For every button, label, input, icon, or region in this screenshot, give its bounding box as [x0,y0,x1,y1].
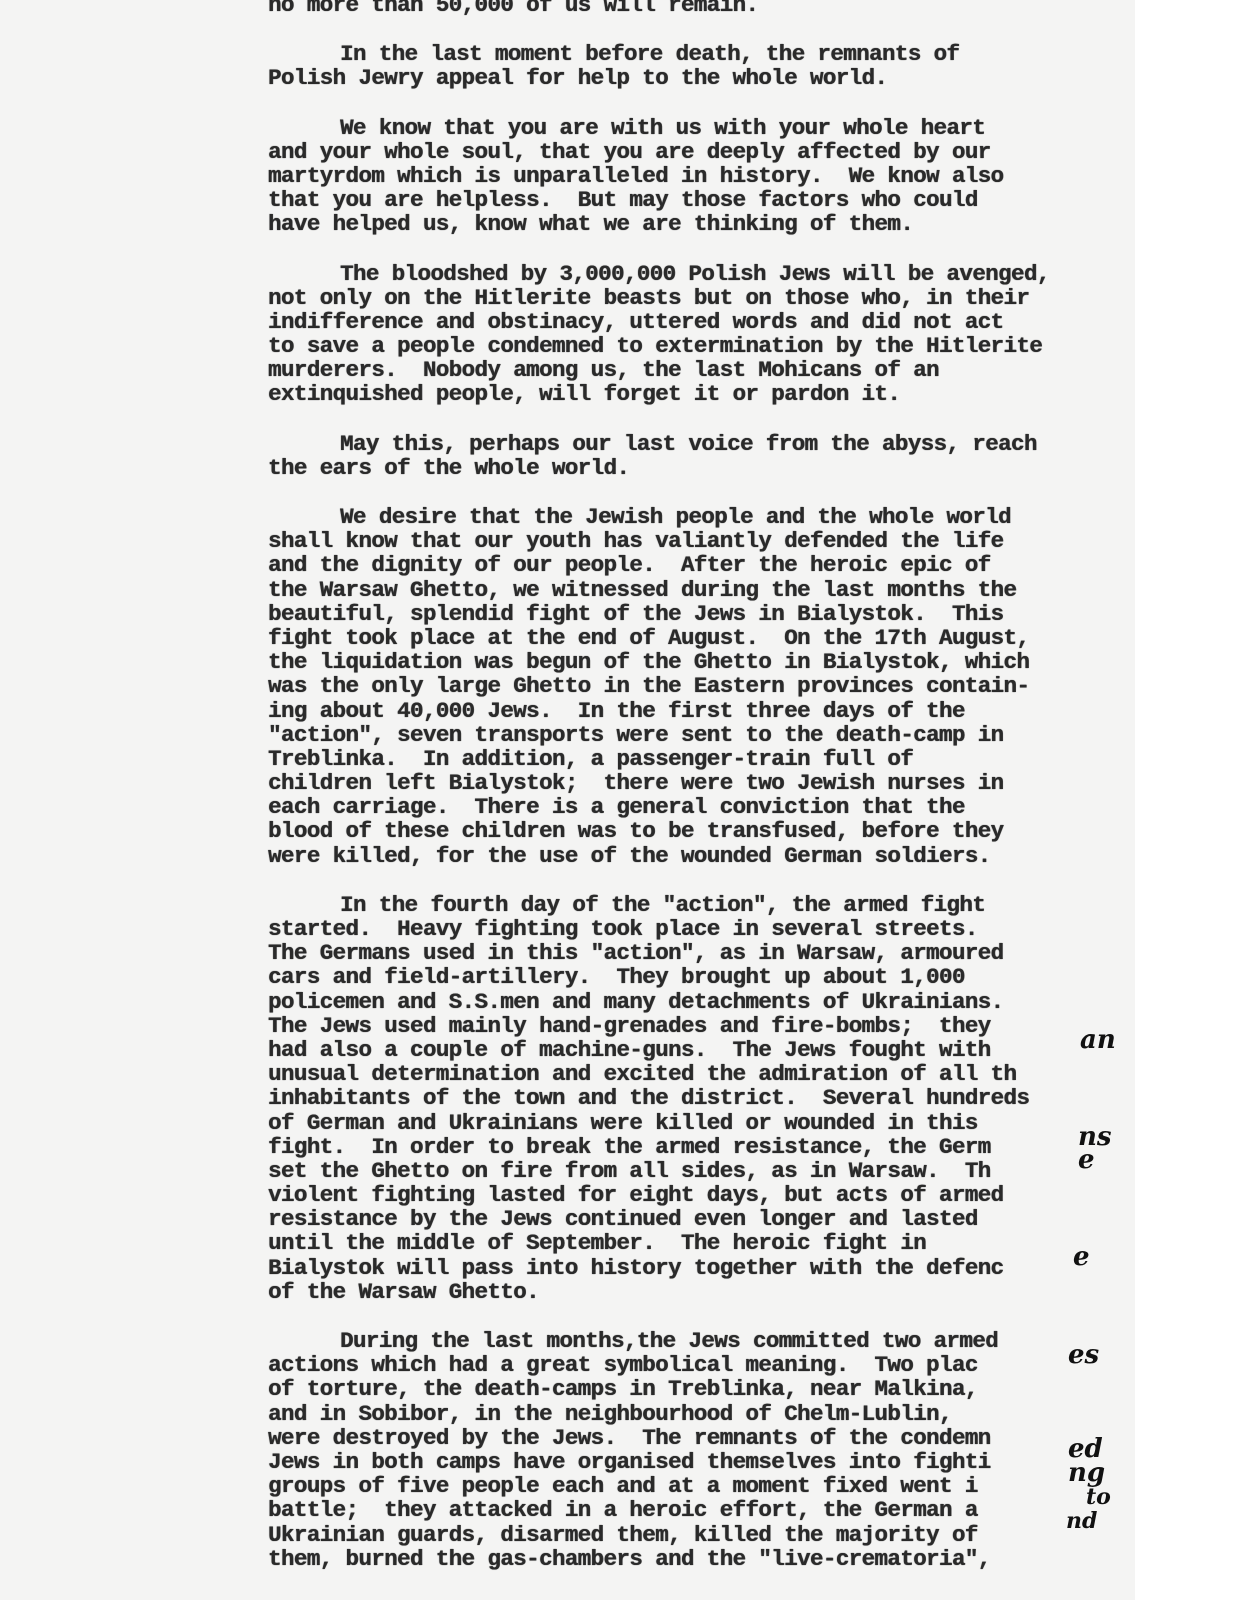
text-line: were killed, for the use of the wounded … [268,844,1128,868]
text-line: have helped us, know what we are thinkin… [268,212,1128,236]
text-line: May this, perhaps our last voice from th… [268,432,1128,456]
text-line: We desire that the Jewish people and the… [268,505,1128,529]
text-line: to save a people condemned to exterminat… [268,334,1128,358]
text-line: set the Ghetto on fire from all sides, a… [268,1159,1128,1183]
paragraph: In the fourth day of the "action", the a… [268,893,1128,1304]
paragraph: We desire that the Jewish people and the… [268,505,1128,868]
text-line: Treblinka. In addition, a passenger-trai… [268,747,1128,771]
text-line: the Warsaw Ghetto, we witnessed during t… [268,578,1128,602]
text-line: groups of five people each and at a mome… [268,1474,1128,1498]
text-line: Ukrainian guards, disarmed them, killed … [268,1523,1128,1547]
text-line: of the Warsaw Ghetto. [268,1280,1128,1304]
text-line: Bialystok will pass into history togethe… [268,1256,1128,1280]
text-line: and your whole soul, that you are deeply… [268,140,1128,164]
text-line: murderers. Nobody among us, the last Moh… [268,358,1128,382]
text-line: The bloodshed by 3,000,000 Polish Jews w… [268,262,1128,286]
text-line: and the dignity of our people. After the… [268,553,1128,577]
paragraph: The bloodshed by 3,000,000 Polish Jews w… [268,262,1128,407]
handwritten-annotation: to [1086,1484,1111,1510]
text-line: the liquidation was begun of the Ghetto … [268,650,1128,674]
handwritten-annotation: ng [1068,1460,1105,1486]
text-line: Jews in both camps have organised themse… [268,1450,1128,1474]
text-line: extinquished people, will forget it or p… [268,382,1128,406]
paragraph: May this, perhaps our last voice from th… [268,432,1128,480]
text-line: of German and Ukrainians were killed or … [268,1111,1128,1135]
handwritten-annotation: e [1073,1244,1090,1270]
paragraph: no more than 50,000 of us will remain. [268,0,1128,17]
text-line: were destroyed by the Jews. The remnants… [268,1426,1128,1450]
handwritten-annotation: es [1068,1342,1099,1368]
typewritten-text-body: no more than 50,000 of us will remain. I… [268,0,1128,1571]
text-line: not only on the Hitlerite beasts but on … [268,286,1128,310]
text-line: the ears of the whole world. [268,456,1128,480]
text-line: We know that you are with us with your w… [268,116,1128,140]
text-line: was the only large Ghetto in the Eastern… [268,674,1128,698]
handwritten-annotation: e [1078,1147,1095,1173]
paragraph: In the last moment before death, the rem… [268,42,1128,90]
paragraph: During the last months,the Jews committe… [268,1329,1128,1571]
text-line: inhabitants of the town and the district… [268,1086,1128,1110]
text-line: During the last months,the Jews committe… [268,1329,1128,1353]
text-line: violent fighting lasted for eight days, … [268,1183,1128,1207]
text-line: of torture, the death-camps in Treblinka… [268,1377,1128,1401]
text-line: until the middle of September. The heroi… [268,1231,1128,1255]
text-line: policemen and S.S.men and many detachmen… [268,990,1128,1014]
text-line: actions which had a great symbolical mea… [268,1353,1128,1377]
text-line: The Jews used mainly hand-grenades and f… [268,1014,1128,1038]
scanned-document-page: no more than 50,000 of us will remain. I… [0,0,1135,1600]
text-line: fight. In order to break the armed resis… [268,1135,1128,1159]
text-line: Polish Jewry appeal for help to the whol… [268,66,1128,90]
text-line: had also a couple of machine-guns. The J… [268,1038,1128,1062]
text-line: fight took place at the end of August. O… [268,626,1128,650]
text-line: indifference and obstinacy, uttered word… [268,310,1128,334]
text-line: and in Sobibor, in the neighbourhood of … [268,1402,1128,1426]
text-line: unusual determination and excited the ad… [268,1062,1128,1086]
text-line: each carriage. There is a general convic… [268,795,1128,819]
text-line: children left Bialystok; there were two … [268,771,1128,795]
paragraph: We know that you are with us with your w… [268,116,1128,237]
text-line: beautiful, splendid fight of the Jews in… [268,602,1128,626]
text-line: martyrdom which is unparalleled in histo… [268,164,1128,188]
text-line: battle; they attacked in a heroic effort… [268,1498,1128,1522]
text-line: blood of these children was to be transf… [268,819,1128,843]
text-line: shall know that our youth has valiantly … [268,529,1128,553]
handwritten-annotation: an [1080,1027,1116,1053]
text-line: started. Heavy fighting took place in se… [268,917,1128,941]
text-line: that you are helpless. But may those fac… [268,188,1128,212]
handwritten-annotation: nd [1066,1508,1097,1534]
text-line: ing about 40,000 Jews. In the first thre… [268,699,1128,723]
text-line: The Germans used in this "action", as in… [268,941,1128,965]
text-line: resistance by the Jews continued even lo… [268,1207,1128,1231]
text-line: cars and field-artillery. They brought u… [268,965,1128,989]
text-line: "action", seven transports were sent to … [268,723,1128,747]
text-line: no more than 50,000 of us will remain. [268,0,1128,17]
text-line: them, burned the gas-chambers and the "l… [268,1547,1128,1571]
text-line: In the fourth day of the "action", the a… [268,893,1128,917]
text-line: In the last moment before death, the rem… [268,42,1128,66]
